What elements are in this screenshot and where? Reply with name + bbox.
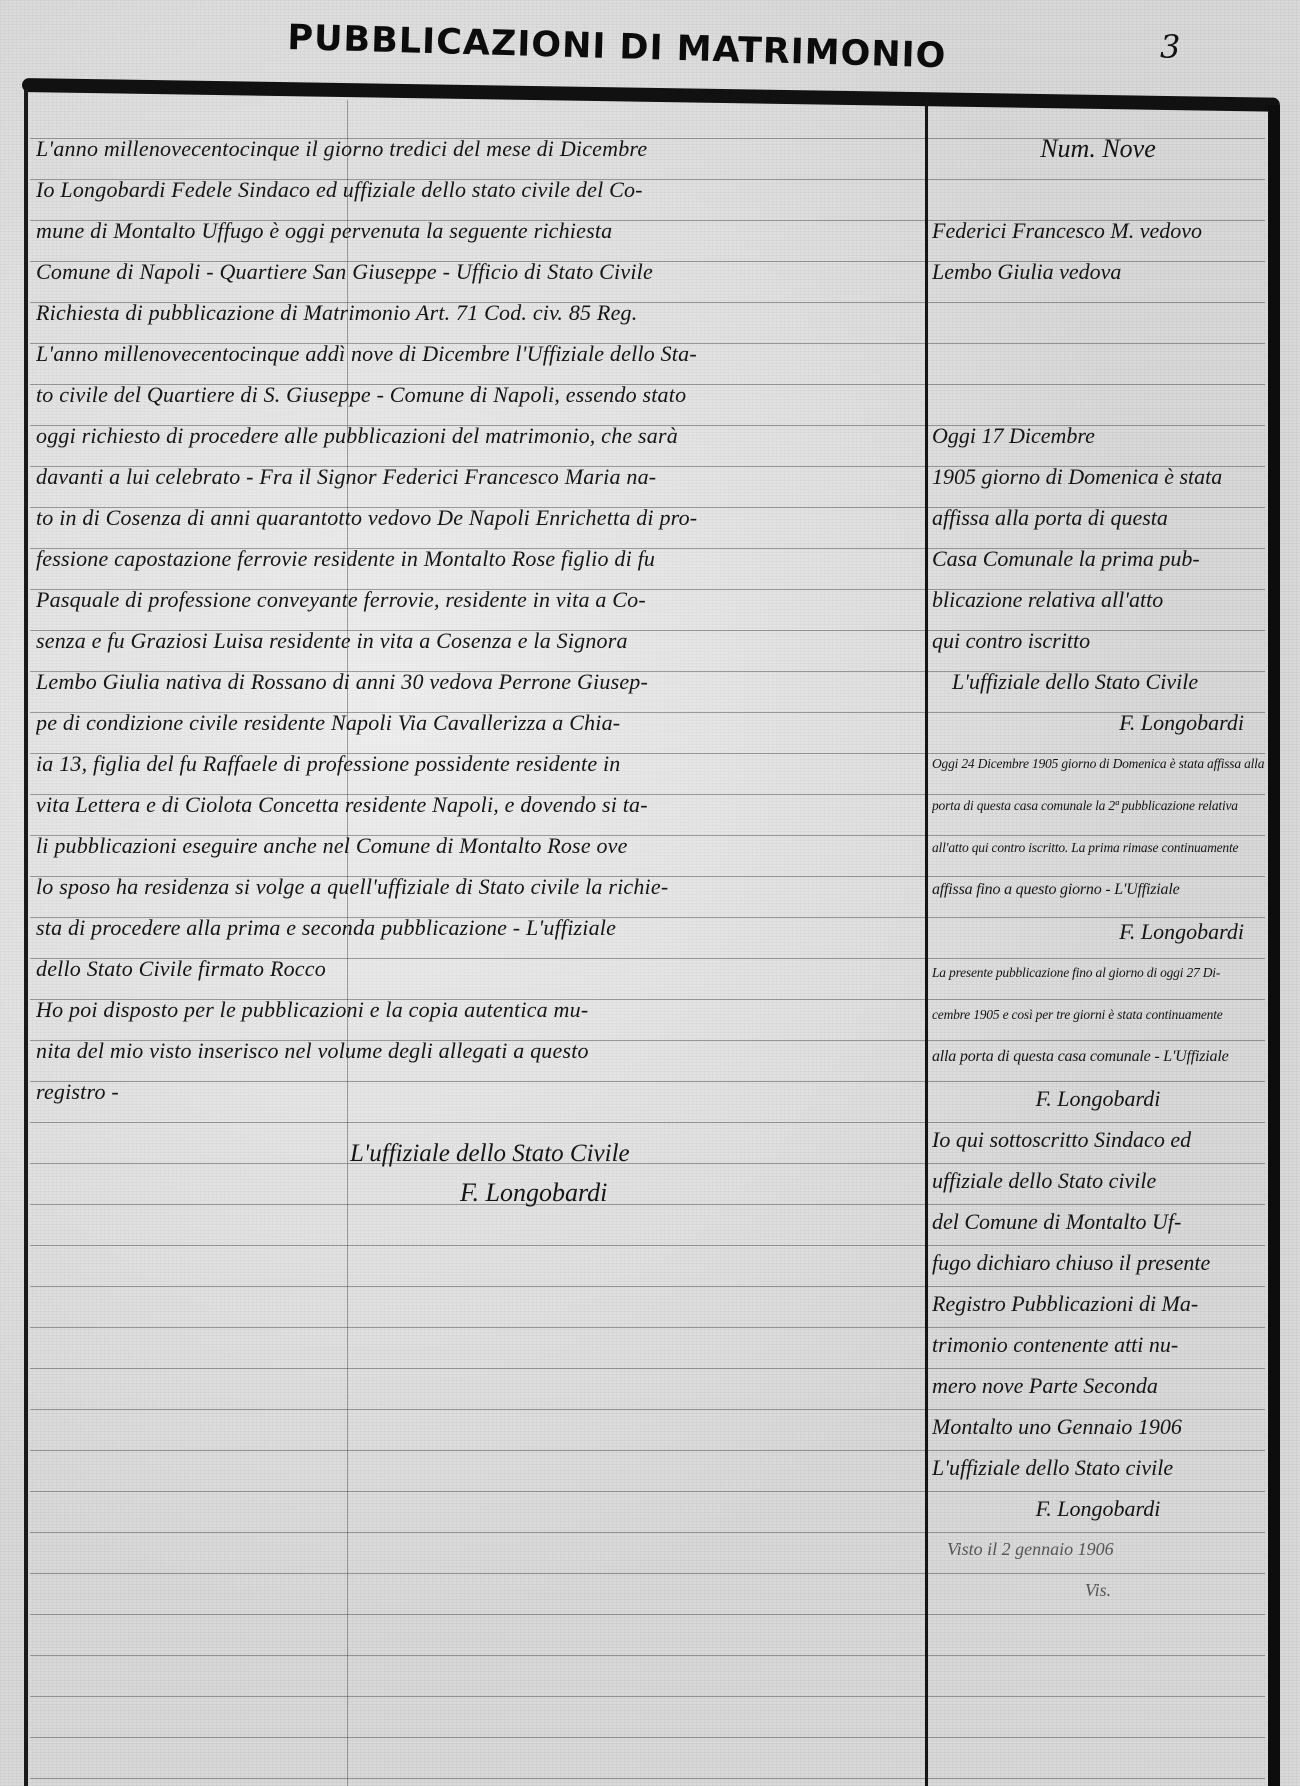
- note-line: trimonio contenente atti nu-: [932, 1324, 1264, 1365]
- act-line: L'anno millenovecentocinque addì nove di…: [36, 333, 921, 374]
- note-line: Montalto uno Gennaio 1906: [932, 1406, 1264, 1447]
- act-line: senza e fu Graziosi Luisa residente in v…: [36, 620, 921, 661]
- act-line: ia 13, figlia del fu Raffaele di profess…: [36, 743, 921, 784]
- act-line: li pubblicazioni eseguire anche nel Comu…: [36, 825, 921, 866]
- left-border: [24, 90, 28, 1786]
- page-number-mark: 3: [1160, 28, 1180, 66]
- first-posting-note: Oggi 17 Dicembre 1905 giorno di Domenica…: [932, 415, 1264, 743]
- note-line: affissa alla porta di questa: [932, 497, 1264, 538]
- act-line: lo sposo ha residenza si volge a quell'u…: [36, 866, 921, 907]
- column-divider: [925, 100, 928, 1786]
- signature-name: F. Longobardi: [932, 1078, 1264, 1119]
- act-line: to in di Cosenza di anni quarantotto ved…: [36, 497, 921, 538]
- act-line: Richiesta di pubblicazione di Matrimonio…: [36, 292, 921, 333]
- record-number: Num. Nove: [932, 128, 1264, 169]
- blank-line: [932, 333, 1264, 374]
- note-line: Oggi 24 Dicembre 1905 giorno di Domenica…: [932, 743, 1264, 785]
- blank-line: [932, 292, 1264, 333]
- note-line: all'atto qui contro iscritto. La prima r…: [932, 827, 1264, 869]
- blank-line: [932, 374, 1264, 415]
- signature-name: F. Longobardi: [932, 702, 1264, 743]
- act-line: Lembo Giulia nativa di Rossano di anni 3…: [36, 661, 921, 702]
- note-line: fugo dichiaro chiuso il presente: [932, 1242, 1264, 1283]
- note-line: La presente pubblicazione fino al giorno…: [932, 952, 1264, 994]
- right-border: [1268, 105, 1280, 1786]
- signature-title: L'uffiziale dello Stato Civile: [932, 661, 1264, 702]
- spouse-groom: Federici Francesco M. vedovo: [932, 210, 1264, 251]
- act-line: Io Longobardi Fedele Sindaco ed uffizial…: [36, 169, 921, 210]
- note-line: affissa fino a questo giorno - L'Uffizia…: [932, 869, 1264, 911]
- third-posting-note: La presente pubblicazione fino al giorno…: [932, 952, 1264, 1119]
- act-line: davanti a lui celebrato - Fra il Signor …: [36, 456, 921, 497]
- note-line: mero nove Parte Seconda: [932, 1365, 1264, 1406]
- second-posting-note: Oggi 24 Dicembre 1905 giorno di Domenica…: [932, 743, 1264, 952]
- act-line: pe di condizione civile residente Napoli…: [36, 702, 921, 743]
- act-line: nita del mio visto inserisco nel volume …: [36, 1030, 921, 1071]
- visa-note: Visto il 2 gennaio 1906: [932, 1529, 1264, 1570]
- note-line: 1905 giorno di Domenica è stata: [932, 456, 1264, 497]
- note-line: Casa Comunale la prima pub-: [932, 538, 1264, 579]
- note-line: blicazione relativa all'atto: [932, 579, 1264, 620]
- act-line: L'anno millenovecentocinque il giorno tr…: [36, 128, 921, 169]
- act-line: mune di Montalto Uffugo è oggi pervenuta…: [36, 210, 921, 251]
- signature-name: F. Longobardi: [460, 1178, 850, 1208]
- note-line: porta di questa casa comunale la 2ª pubb…: [932, 785, 1264, 827]
- margin-annotations: Num. Nove Federici Francesco M. vedovo L…: [932, 128, 1264, 1611]
- closing-declaration: Io qui sottoscritto Sindaco ed uffiziale…: [932, 1119, 1264, 1529]
- note-line: Registro Pubblicazioni di Ma-: [932, 1283, 1264, 1324]
- note-line: uffiziale dello Stato civile: [932, 1160, 1264, 1201]
- act-line: vita Lettera e di Ciolota Concetta resid…: [36, 784, 921, 825]
- visa-initials: Vis.: [932, 1570, 1264, 1611]
- act-line: oggi richiesto di procedere alle pubblic…: [36, 415, 921, 456]
- act-line: Pasquale di professione conveyante ferro…: [36, 579, 921, 620]
- signature-title: L'uffiziale dello Stato Civile: [350, 1140, 850, 1168]
- note-line: Io qui sottoscritto Sindaco ed: [932, 1119, 1264, 1160]
- page-title: PUBBLICAZIONI DI MATRIMONIO: [287, 18, 1028, 79]
- act-line: registro -: [36, 1071, 921, 1112]
- note-line: L'uffiziale dello Stato civile: [932, 1447, 1264, 1488]
- register-page: PUBBLICAZIONI DI MATRIMONIO 3 L'anno mil…: [0, 0, 1300, 1786]
- note-line: qui contro iscritto: [932, 620, 1264, 661]
- signature-name: F. Longobardi: [932, 1488, 1264, 1529]
- note-line: alla porta di questa casa comunale - L'U…: [932, 1036, 1264, 1078]
- signature-name: F. Longobardi: [932, 911, 1264, 952]
- spouse-bride: Lembo Giulia vedova: [932, 251, 1264, 292]
- main-act-text: L'anno millenovecentocinque il giorno tr…: [36, 128, 921, 1112]
- main-signature-block: L'uffiziale dello Stato Civile F. Longob…: [350, 1140, 850, 1208]
- note-line: del Comune di Montalto Uf-: [932, 1201, 1264, 1242]
- act-line: dello Stato Civile firmato Rocco: [36, 948, 921, 989]
- act-line: Ho poi disposto per le pubblicazioni e l…: [36, 989, 921, 1030]
- act-line: to civile del Quartiere di S. Giuseppe -…: [36, 374, 921, 415]
- note-line: cembre 1905 e così per tre giorni è stat…: [932, 994, 1264, 1036]
- act-line: Comune di Napoli - Quartiere San Giusepp…: [36, 251, 921, 292]
- blank-line: [932, 169, 1264, 210]
- act-line: sta di procedere alla prima e seconda pu…: [36, 907, 921, 948]
- act-line: fessione capostazione ferrovie residente…: [36, 538, 921, 579]
- note-line: Oggi 17 Dicembre: [932, 415, 1264, 456]
